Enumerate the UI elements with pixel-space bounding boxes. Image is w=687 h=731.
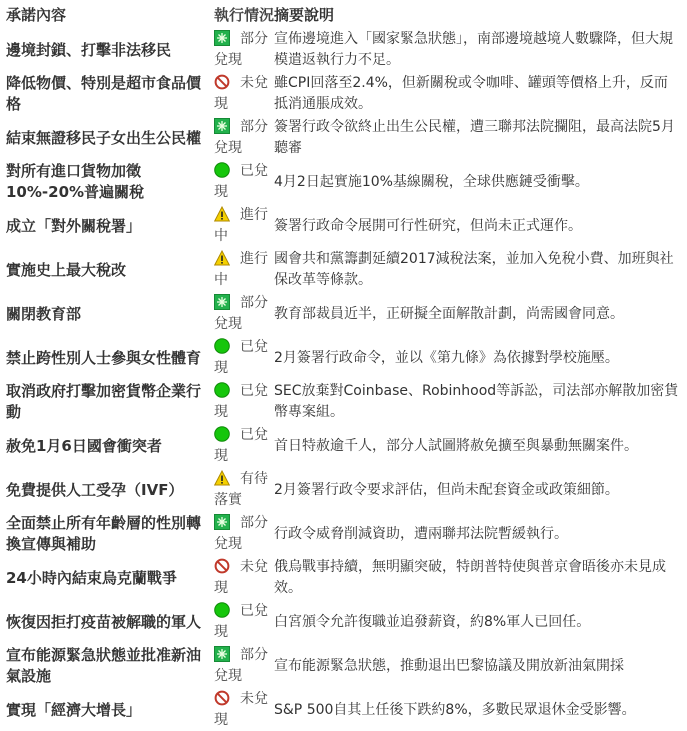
- summary-cell: 雖CPI回落至2.4%，但新關稅或令咖啡、罐頭等價格上升，反而抵消通脹成效。: [274, 73, 681, 115]
- promise-cell: 關閉教育部: [6, 304, 214, 325]
- table-row: 邊境封鎖、打擊非法移民部分兌現宣佈邊境進入「國家緊急狀態」，南部邊境越境人數驟降…: [6, 28, 681, 72]
- status-cell: 部分兌現: [214, 645, 274, 687]
- promise-cell: 邊境封鎖、打擊非法移民: [6, 40, 214, 61]
- status-cell: 有待落實: [214, 469, 274, 511]
- promise-cell: 24小時內結束烏克蘭戰爭: [6, 568, 214, 589]
- header-status: 執行情況: [214, 5, 274, 26]
- summary-cell: 行政令威脅削減資助，遭兩聯邦法院暫緩執行。: [274, 524, 681, 545]
- table-row: 實現「經濟大增長」未兌現S&P 500自其上任後下跌約8%，多數民眾退休金受影響…: [6, 688, 681, 731]
- status-cell: 部分兌現: [214, 29, 274, 71]
- promise-cell: 禁止跨性別人士參與女性體育: [6, 348, 214, 369]
- summary-cell: 2月簽署行政命令，並以《第九條》為依據對學校施壓。: [274, 348, 681, 369]
- not-fulfilled-icon: [214, 558, 230, 574]
- header-promise: 承諾內容: [6, 5, 214, 26]
- table-header: 承諾內容 執行情況 摘要說明: [6, 2, 681, 28]
- header-summary: 摘要說明: [274, 5, 681, 26]
- promise-cell: 恢復因拒打疫苗被解職的軍人: [6, 612, 214, 633]
- promise-cell: 成立「對外關稅署」: [6, 216, 214, 237]
- table-row: 赦免1月6日國會衝突者已兌現首日特赦逾千人，部分人試圖將赦免擴至與暴動無關案件。: [6, 424, 681, 468]
- summary-cell: 2月簽署行政令要求評估，但尚未配套資金或政策細節。: [274, 480, 681, 501]
- summary-cell: 白宮頒令允許復職並追發薪資，約8%軍人已回任。: [274, 612, 681, 633]
- status-cell: 已兌現: [214, 381, 274, 423]
- status-cell: 部分兌現: [214, 513, 274, 555]
- fulfilled-icon: [214, 426, 230, 442]
- promise-cell: 實施史上最大稅改: [6, 260, 214, 281]
- in-progress-icon: [214, 250, 230, 266]
- promise-cell: 降低物價、特別是超市食品價格: [6, 73, 214, 115]
- fulfilled-icon: [214, 338, 230, 354]
- partial-icon: [214, 514, 230, 530]
- summary-cell: S&P 500自其上任後下跌約8%，多數民眾退休金受影響。: [274, 700, 681, 721]
- table-row: 取消政府打擊加密貨幣企業行動已兌現SEC放棄對Coinbase、Robinhoo…: [6, 380, 681, 424]
- status-cell: 未兌現: [214, 73, 274, 115]
- summary-cell: 俄烏戰事持續，無明顯突破，特朗普特使與普京會晤後亦未見成效。: [274, 557, 681, 599]
- partial-icon: [214, 294, 230, 310]
- promise-cell: 赦免1月6日國會衝突者: [6, 436, 214, 457]
- table-row: 關閉教育部部分兌現教育部裁員近半，正研擬全面解散計劃，尚需國會同意。: [6, 292, 681, 336]
- summary-cell: 首日特赦逾千人，部分人試圖將赦免擴至與暴動無關案件。: [274, 436, 681, 457]
- status-cell: 部分兌現: [214, 293, 274, 335]
- table-row: 免費提供人工受孕（IVF）有待落實2月簽署行政令要求評估，但尚未配套資金或政策細…: [6, 468, 681, 512]
- status-cell: 進行中: [214, 249, 274, 291]
- partial-icon: [214, 646, 230, 662]
- status-cell: 未兌現: [214, 689, 274, 731]
- summary-cell: 4月2日起實施10%基線關稅，全球供應鏈受衝擊。: [274, 172, 681, 193]
- partial-icon: [214, 30, 230, 46]
- table-row: 實施史上最大稅改進行中國會共和黨籌劃延續2017減稅法案，並加入免稅小費、加班與…: [6, 248, 681, 292]
- summary-cell: 宣布能源緊急狀態，推動退出巴黎協議及開放新油氣開採: [274, 656, 681, 677]
- promise-table: 承諾內容 執行情況 摘要說明 邊境封鎖、打擊非法移民部分兌現宣佈邊境進入「國家緊…: [0, 0, 687, 731]
- table-row: 禁止跨性別人士參與女性體育已兌現2月簽署行政命令，並以《第九條》為依據對學校施壓…: [6, 336, 681, 380]
- summary-cell: 簽署行政令欲終止出生公民權，遭三聯邦法院攔阻，最高法院5月聽審: [274, 117, 681, 159]
- promise-cell: 取消政府打擊加密貨幣企業行動: [6, 381, 214, 423]
- table-row: 全面禁止所有年齡層的性別轉換宣傳與補助部分兌現行政令威脅削減資助，遭兩聯邦法院暫…: [6, 512, 681, 556]
- fulfilled-icon: [214, 602, 230, 618]
- summary-cell: 簽署行政命令展開可行性研究，但尚未正式運作。: [274, 216, 681, 237]
- promise-cell: 宣布能源緊急狀態並批准新油氣設施: [6, 645, 214, 687]
- not-fulfilled-icon: [214, 74, 230, 90]
- status-cell: 已兌現: [214, 161, 274, 203]
- partial-icon: [214, 118, 230, 134]
- table-row: 對所有進口貨物加徵10%-20%普遍關稅已兌現4月2日起實施10%基線關稅，全球…: [6, 160, 681, 204]
- status-cell: 進行中: [214, 205, 274, 247]
- status-cell: 已兌現: [214, 425, 274, 467]
- summary-cell: SEC放棄對Coinbase、Robinhood等訴訟，司法部亦解散加密貨幣專案…: [274, 381, 681, 423]
- promise-cell: 對所有進口貨物加徵10%-20%普遍關稅: [6, 161, 214, 203]
- summary-cell: 國會共和黨籌劃延續2017減稅法案，並加入免稅小費、加班與社保改革等條款。: [274, 249, 681, 291]
- promise-cell: 實現「經濟大增長」: [6, 700, 214, 721]
- status-cell: 未兌現: [214, 557, 274, 599]
- in-progress-icon: [214, 206, 230, 222]
- table-row: 恢復因拒打疫苗被解職的軍人已兌現白宮頒令允許復職並追發薪資，約8%軍人已回任。: [6, 600, 681, 644]
- promise-cell: 免費提供人工受孕（IVF）: [6, 480, 214, 501]
- status-cell: 部分兌現: [214, 117, 274, 159]
- table-row: 24小時內結束烏克蘭戰爭未兌現俄烏戰事持續，無明顯突破，特朗普特使與普京會晤後亦…: [6, 556, 681, 600]
- summary-cell: 宣佈邊境進入「國家緊急狀態」，南部邊境越境人數驟降，但大規模遣返執行力不足。: [274, 29, 681, 71]
- table-row: 成立「對外關稅署」進行中簽署行政命令展開可行性研究，但尚未正式運作。: [6, 204, 681, 248]
- summary-cell: 教育部裁員近半，正研擬全面解散計劃，尚需國會同意。: [274, 304, 681, 325]
- fulfilled-icon: [214, 382, 230, 398]
- in-progress-icon: [214, 470, 230, 486]
- table-row: 宣布能源緊急狀態並批准新油氣設施部分兌現宣布能源緊急狀態，推動退出巴黎協議及開放…: [6, 644, 681, 688]
- promise-cell: 結束無證移民子女出生公民權: [6, 128, 214, 149]
- fulfilled-icon: [214, 162, 230, 178]
- table-row: 結束無證移民子女出生公民權部分兌現簽署行政令欲終止出生公民權，遭三聯邦法院攔阻，…: [6, 116, 681, 160]
- not-fulfilled-icon: [214, 690, 230, 706]
- table-row: 降低物價、特別是超市食品價格未兌現雖CPI回落至2.4%，但新關稅或令咖啡、罐頭…: [6, 72, 681, 116]
- status-cell: 已兌現: [214, 601, 274, 643]
- promise-cell: 全面禁止所有年齡層的性別轉換宣傳與補助: [6, 513, 214, 555]
- status-cell: 已兌現: [214, 337, 274, 379]
